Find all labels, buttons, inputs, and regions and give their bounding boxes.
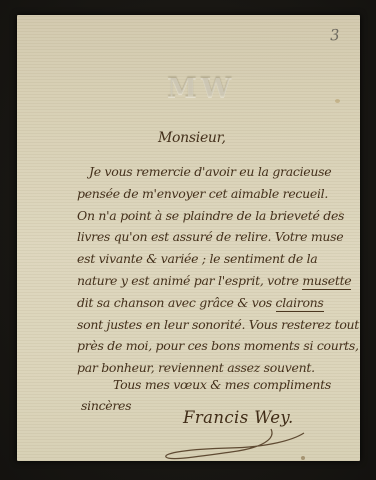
letter-line: près de moi, pour ces bons moments si co…: [77, 335, 360, 357]
letter-line: nature y est animé par l'esprit, votre m…: [77, 270, 360, 292]
letter-page: 3 MW Monsieur, Je vous remercie d'avoir …: [17, 15, 360, 461]
page-number-pencil: 3: [329, 26, 340, 45]
letter-line: par bonheur, reviennent assez souvent.: [77, 357, 360, 379]
underlined-word: clairons: [276, 295, 324, 312]
letter-line: est vivante & variée ; le sentiment de l…: [77, 248, 360, 270]
letter-line: On n'a point à se plaindre de la brievet…: [77, 205, 360, 227]
signature-flourish: [153, 428, 308, 461]
letter-line: livres qu'on est assuré de relire. Votre…: [77, 226, 360, 248]
letter-body: Je vous remercie d'avoir eu la gracieuse…: [77, 161, 360, 379]
scan-background: 3 MW Monsieur, Je vous remercie d'avoir …: [0, 0, 376, 480]
closing-line: Tous mes vœux & mes compliments: [113, 377, 331, 392]
letter-text-segment: nature y est animé par l'esprit, votre: [77, 273, 302, 288]
signature: Francis Wey.: [183, 408, 294, 427]
closing-line: sincères: [81, 398, 131, 413]
letter-text-segment: dit sa chanson avec grâce & vos: [77, 295, 276, 310]
age-spot: [339, 211, 342, 214]
age-spot: [335, 99, 340, 103]
letter-line: dit sa chanson avec grâce & vos clairons: [77, 292, 360, 314]
embossed-monogram: MW: [167, 73, 235, 104]
age-spot: [301, 456, 305, 460]
letter-line: pensée de m'envoyer cet aimable recueil.: [77, 183, 360, 205]
letter-line: Je vous remercie d'avoir eu la gracieuse: [77, 161, 360, 183]
salutation: Monsieur,: [158, 130, 226, 146]
underlined-word: musette: [302, 273, 351, 290]
letter-line: sont justes en leur sonorité. Vous reste…: [77, 314, 360, 336]
